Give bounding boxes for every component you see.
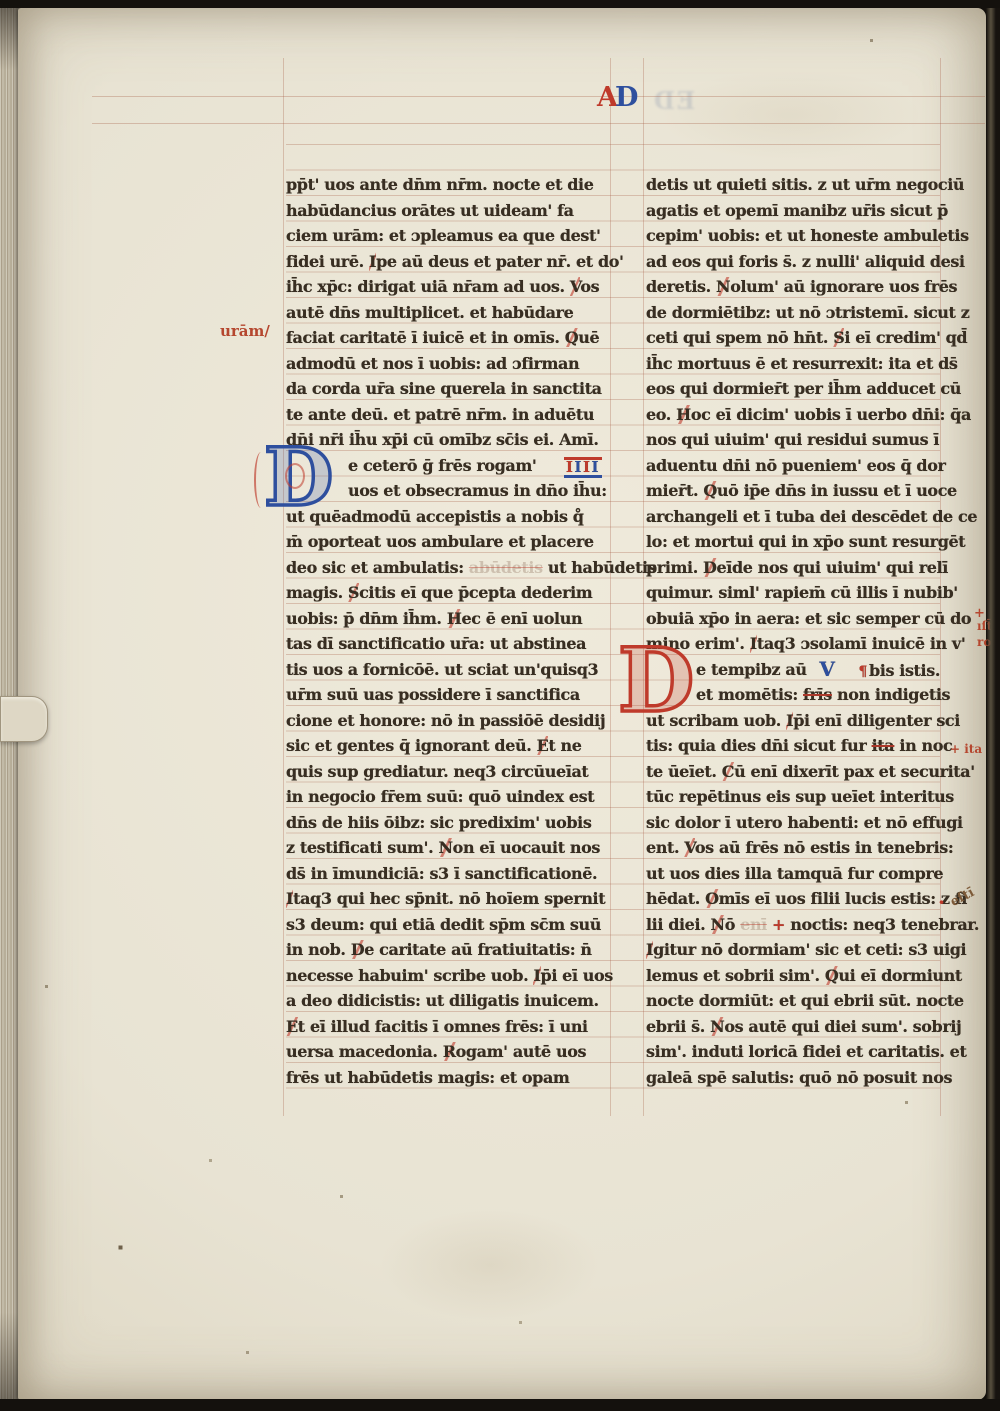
text-segment: deretis. (646, 277, 716, 296)
text-line: dn̄s de hiis ōibz: sic predixim' uobis (286, 810, 610, 836)
line-text: a deo didicistis: ut diligatis inuicem. (286, 991, 599, 1010)
chapter-numeral: IIII (564, 457, 602, 478)
text-segment: a deo didicistis: ut diligatis inuicem. (286, 991, 599, 1010)
text-segment: aduentu dn̄i nō pueniem' eos q̄ dor (646, 456, 946, 475)
text-segment: ui eī dormiunt (838, 966, 961, 985)
text-segment: tas dī sanctificatio ur̄a: ut abstinea (286, 634, 586, 653)
text-segment: ogam' autē uos (456, 1042, 586, 1061)
text-segment: lemus et sobrii sim'. (646, 966, 825, 985)
text-segment: taq3 qui hec sp̄nit. nō hoīem spernit (293, 889, 605, 908)
text-segment: e tempibz aū (696, 660, 807, 679)
text-line: ciem urām: et ɔpleamus ea que dest' (286, 223, 610, 249)
text-line: tas dī sanctificatio ur̄a: ut abstinea (286, 631, 610, 657)
text-line: nocte dormiūt: et qui ebrii sūt. nocte (646, 988, 940, 1014)
text-segment: D (703, 558, 716, 577)
text-segment: I (750, 634, 757, 653)
text-segment: sic dolor ī utero habenti: et nō effugi (646, 813, 963, 832)
photo-edge-top (0, 0, 1000, 8)
text-line: quimur. siml' rapiem̄ cū illis ī nubib' (646, 580, 940, 606)
text-segment: N (716, 277, 730, 296)
text-line: necesse habuim' scribe uob. Ip̄i eī uos (286, 963, 610, 989)
text-segment: ent. (646, 838, 684, 857)
text-segment: mier̄t. (646, 481, 703, 500)
text-segment: e ceterō ḡ frēs rogam' (348, 456, 536, 475)
text-segment: C (722, 762, 734, 781)
line-text: aduentu dn̄i nō pueniem' eos q̄ dor (646, 456, 946, 475)
text-segment: N (710, 1017, 724, 1036)
text-segment: t ne (548, 736, 581, 755)
text-line: hēdat. Omīs eī uos filii lucis estis: z … (646, 886, 940, 912)
text-segment: D (351, 940, 364, 959)
running-title: AD (597, 82, 635, 113)
running-title-letter-a: A (597, 82, 615, 113)
text-segment: cione et honore: nō in passiōē desidij (286, 711, 605, 730)
text-line: ad eos qui foris s̄. z nulli' aliquid de… (646, 249, 940, 275)
line-text: ih̄c xp̄c: dirigat uiā nr̄am ad uos. Vos (286, 277, 599, 296)
line-text: e tempibz aū (696, 657, 807, 683)
text-line: ceti qui spem nō hn̄t. Si eī credim' qd̄ (646, 325, 940, 351)
text-segment: nocte dormiūt: et qui ebrii sūt. nocte (646, 991, 964, 1010)
text-line: z testificati sum'. Non eī uocauit nos (286, 835, 610, 861)
line-text: necesse habuim' scribe uob. Ip̄i eī uos (286, 966, 613, 985)
line-text: ciem urām: et ɔpleamus ea que dest' (286, 226, 601, 245)
ruling-title-line-2 (92, 123, 985, 124)
text-segment: uos et obsecramus in dn̄o ih̄u: (348, 481, 607, 500)
line-text: quis sup grediatur. neq3 circūueīat (286, 762, 588, 781)
marginal-note: + ita (950, 742, 982, 756)
line-text: deretis. Nolum' aū ignorare uos frēs (646, 277, 957, 296)
line-text: frēs ut habūdetis magis: et opam (286, 1068, 569, 1087)
text-segment: de dormiētibz: ut nō ɔtristemī. sicut z (646, 303, 969, 322)
line-text: pp̄t' uos ante dn̄m nr̄m. nocte et die (286, 175, 594, 194)
text-segment: gitur nō dormiam' sic et ceti: s3 uigi (653, 940, 966, 959)
line-text: te ante deū. et patrē nr̄m. in aduētu (286, 405, 594, 424)
line-text: sic et gentes q̄ ignorant deū. Et ne (286, 736, 582, 755)
line-text: sic dolor ī utero habenti: et nō effugi (646, 813, 963, 832)
text-line: autē dn̄s multiplicet. et habūdare (286, 300, 610, 326)
line-text: agatis et opemī manibz ur̄is sicut p̄ (646, 201, 948, 220)
text-segment: abūdetis (469, 558, 543, 577)
text-segment: ad eos qui foris s̄. z nulli' aliquid de… (646, 252, 965, 271)
text-line: faciat caritatē ī iuicē et in omīs. Quē (286, 325, 610, 351)
text-line: eos qui dormier̄t per ih̄m adducet cū (646, 376, 940, 402)
text-segment: p̄i eī uos (541, 966, 613, 985)
text-segment: archangeli et ī tuba dei descēdet de ce (646, 507, 977, 526)
text-segment: N (438, 838, 452, 857)
line-text: ds̄ in īmundiciā: s3 ī sanctificationē. (286, 864, 597, 883)
text-segment: deo sic et ambulatis: (286, 558, 469, 577)
line-text: in nob. De caritate aū fratiuitatis: n̄ (286, 940, 592, 959)
line-right-group: V¶bis istis. (819, 657, 940, 686)
text-line: galeā spē salutis: quō nō posuit nos (646, 1065, 940, 1091)
line-text: primi. Deīde nos qui uiuim' qui relī (646, 558, 948, 577)
line-text: de dormiētibz: ut nō ɔtristemī. sicut z (646, 303, 969, 322)
text-segment: tis: quia dies dn̄i sicut fur (646, 736, 872, 755)
text-line: quis sup grediatur. neq3 circūueīat (286, 759, 610, 785)
line-text: Itaq3 qui hec sp̄nit. nō hoīem spernit (286, 889, 605, 908)
text-segment: pp̄t' uos ante dn̄m nr̄m. nocte et die (286, 175, 594, 194)
line-text: te ūeīet. Cū enī dixerīt pax et securita… (646, 762, 975, 781)
text-segment: quis sup grediatur. neq3 circūueīat (286, 762, 588, 781)
text-segment: os autē qui diei sum'. sobrij (724, 1017, 961, 1036)
text-segment: obuiā xp̄o in aera: et sic semper cū do (646, 609, 971, 628)
text-segment: S (833, 328, 844, 347)
line-text: galeā spē salutis: quō nō posuit nos (646, 1068, 952, 1087)
text-segment: cepim' uobis: et ut honeste ambuletis (646, 226, 969, 245)
manuscript-photo: ED AD pp̄t' uos ante dn̄m nr̄m. nocte et… (0, 0, 1000, 1411)
text-segment: on eī uocauit nos (453, 838, 600, 857)
text-line: ds̄ in īmundiciā: s3 ī sanctificationē. (286, 861, 610, 887)
text-segment: N (710, 915, 724, 934)
photo-edge-bottom (0, 1399, 1000, 1411)
text-segment: i eī credim' qd̄ (844, 328, 967, 347)
text-segment: O (705, 889, 719, 908)
text-line: da corda ur̄a sine querela in sanctita (286, 376, 610, 402)
text-line: tis: quia dies dn̄i sicut fur ita in noc (646, 733, 940, 759)
text-line: in negocio fr̄em suū: quō uindex est (286, 784, 610, 810)
text-segment: in nob. (286, 940, 351, 959)
text-line: admodū et nos ī uobis: ad ɔfirman (286, 351, 610, 377)
text-segment: te ante deū. et patrē nr̄m. in aduētu (286, 405, 594, 424)
text-segment: nos qui uiuim' qui residui sumus ī (646, 430, 939, 449)
text-line: primi. Deīde nos qui uiuim' qui relī (646, 555, 940, 581)
line-text: ih̄c mortuus ē et resurrexit: ita et ds̄ (646, 354, 958, 373)
photo-edge-right (986, 0, 1000, 1411)
text-line: ut uos dies illa tamquā fur compre (646, 861, 940, 887)
text-segment: I (574, 460, 583, 475)
text-segment: hēdat. (646, 889, 705, 908)
text-segment: s3 deum: qui etiā dedit sp̄m sc̄m suū (286, 915, 601, 934)
line-text: ur̄m suū uas possidere ī sanctifica (286, 685, 580, 704)
text-segment: I (533, 966, 540, 985)
line-text: z testificati sum'. Non eī uocauit nos (286, 838, 600, 857)
line-text: ent. Vos aū frēs nō estis in tenebris: (646, 838, 953, 857)
text-segment: os aū frēs nō estis in tenebris: (695, 838, 953, 857)
line-text: tis: quia dies dn̄i sicut fur ita in noc (646, 736, 952, 755)
text-line: m̄ oporteat uos ambulare et placere (286, 529, 610, 555)
text-segment: lo: et mortui qui in xp̄o sunt resurgēt (646, 532, 965, 551)
line-text: hēdat. Omīs eī uos filii lucis estis: z … (646, 889, 967, 908)
line-text: uobis: p̄ dn̄m ih̄m. Hec ē enī uolun (286, 609, 582, 628)
text-segment: pe aū deus et pater nr̄. et do' (376, 252, 623, 271)
text-segment: galeā spē salutis: quō nō posuit nos (646, 1068, 952, 1087)
illuminated-initial-red: D (618, 646, 694, 715)
text-segment: Q (703, 481, 717, 500)
text-segment: ceti qui spem nō hn̄t. (646, 328, 833, 347)
line-text: dn̄s de hiis ōibz: sic predixim' uobis (286, 813, 591, 832)
text-segment: I (369, 252, 376, 271)
line-text: fidei urē. Ipe aū deus et pater nr̄. et … (286, 252, 624, 271)
text-line: te ūeīet. Cū enī dixerīt pax et securita… (646, 759, 940, 785)
text-line: agatis et opemī manibz ur̄is sicut p̄ (646, 198, 940, 224)
text-segment: primi. (646, 558, 703, 577)
text-segment: et momētis: (696, 685, 803, 704)
text-segment: olum' aū ignorare uos frēs (730, 277, 957, 296)
line-text: magis. Scitis eī que p̄cepta dederim (286, 583, 592, 602)
column-1: pp̄t' uos ante dn̄m nr̄m. nocte et dieha… (286, 172, 610, 1090)
text-line: nos qui uiuim' qui residui sumus ī (646, 427, 940, 453)
text-segment: oc eī dicim' uobis ī uerbo dn̄i: q̄a (691, 405, 971, 424)
line-text: cepim' uobis: et ut honeste ambuletis (646, 226, 969, 245)
text-line: cione et honore: nō in passiōē desidij (286, 708, 610, 734)
text-line: lii diei. Nō enī + noctis: neq3 tenebrar… (646, 912, 940, 938)
text-segment: E (286, 1017, 298, 1036)
marginal-note: · (938, 890, 945, 914)
text-line: te ante deū. et patrē nr̄m. in aduētu (286, 402, 610, 428)
text-line: ih̄c mortuus ē et resurrexit: ita et ds̄ (646, 351, 940, 377)
text-segment: quimur. siml' rapiem̄ cū illis ī nubib' (646, 583, 958, 602)
text-segment: te ūeīet. (646, 762, 722, 781)
text-line: Et eī illud facitis ī omnes frēs: ī uni (286, 1014, 610, 1040)
line-text: eo. Hoc eī dicim' uobis ī uerbo dn̄i: q̄… (646, 405, 971, 424)
line-text: autē dn̄s multiplicet. et habūdare (286, 303, 573, 322)
line-text: obuiā xp̄o in aera: et sic semper cū do (646, 609, 971, 628)
text-segment: habūdancius orātes ut uideam' fa (286, 201, 574, 220)
text-line: uos et obsecramus in dn̄o ih̄u: (286, 478, 610, 504)
line-text: tas dī sanctificatio ur̄a: ut abstinea (286, 634, 586, 653)
text-line: eo. Hoc eī dicim' uobis ī uerbo dn̄i: q̄… (646, 402, 940, 428)
illuminated-initial-blue: D (264, 446, 333, 508)
text-segment: ec ē enī uolun (461, 609, 582, 628)
text-segment: non indigetis (832, 685, 950, 704)
marginal-note: urām/ (220, 322, 270, 340)
text-line: sic et gentes q̄ ignorant deū. Et ne (286, 733, 610, 759)
text-segment: bis istis. (869, 661, 940, 680)
text-segment: ō (725, 915, 740, 934)
text-segment: V (684, 838, 695, 857)
text-segment: ut habūdetis (543, 558, 657, 577)
text-line: Itaq3 qui hec sp̄nit. nō hoīem spernit (286, 886, 610, 912)
text-segment: ¶ (859, 664, 868, 680)
line-text: uos et obsecramus in dn̄o ih̄u: (348, 481, 607, 500)
line-text: eos qui dormier̄t per ih̄m adducet cū (646, 379, 961, 398)
text-segment: noctis: neq3 tenebrar. (785, 915, 979, 934)
text-segment: lii diei. (646, 915, 710, 934)
text-segment: mīs eī uos filii lucis estis: z fi (719, 889, 967, 908)
line-text: sim'. induti loricā fidei et caritatis. … (646, 1042, 966, 1061)
line-text: detis ut quieti sitis. z ut ur̄m negociū (646, 175, 964, 194)
text-segment: + (772, 915, 785, 934)
text-segment: R (443, 1042, 456, 1061)
text-segment: tis uos a fornicōē. ut sciat un'quisq3 (286, 660, 598, 679)
text-segment: eīde nos qui uiuim' qui relī (717, 558, 948, 577)
ruling-vertical-1 (283, 58, 284, 1116)
text-segment: ita (872, 736, 895, 755)
text-segment: m̄ oporteat uos ambulare et placere (286, 532, 594, 551)
line-text: lo: et mortui qui in xp̄o sunt resurgēt (646, 532, 965, 551)
text-segment: frīs (803, 685, 832, 704)
ruling-vertical-2 (610, 58, 611, 1116)
text-segment: ebrii s̄. (646, 1017, 710, 1036)
text-line: mier̄t. Quō ip̄e dn̄s in iussu et ī uoce (646, 478, 940, 504)
text-line: e ceterō ḡ frēs rogam'IIII (286, 453, 610, 479)
line-text: m̄ oporteat uos ambulare et placere (286, 532, 594, 551)
text-segment: necesse habuim' scribe uob. (286, 966, 533, 985)
text-line: in nob. De caritate aū fratiuitatis: n̄ (286, 937, 610, 963)
text-line: Igitur nō dormiam' sic et ceti: s3 uigi (646, 937, 940, 963)
parchment-stain (380, 1210, 600, 1320)
text-line: a deo didicistis: ut diligatis inuicem. (286, 988, 610, 1014)
line-text: ebrii s̄. Nos autē qui diei sum'. sobrij (646, 1017, 961, 1036)
text-line: uersa macedonia. Rogam' autē uos (286, 1039, 610, 1065)
text-segment: agatis et opemī manibz ur̄is sicut p̄ (646, 201, 948, 220)
text-segment: e caritate aū fratiuitatis: n̄ (364, 940, 591, 959)
text-line: deo sic et ambulatis: abūdetis ut habūde… (286, 555, 610, 581)
text-segment: Q (825, 966, 839, 985)
text-line: ih̄c xp̄c: dirigat uiā nr̄am ad uos. Vos (286, 274, 610, 300)
line-text: habūdancius orātes ut uideam' fa (286, 201, 574, 220)
text-segment: admodū et nos ī uobis: ad ɔfirman (286, 354, 579, 373)
text-segment: sic et gentes q̄ ignorant deū. (286, 736, 537, 755)
text-line: dn̄i nr̄i ih̄u xp̄i cū omībz sc̄is ei. A… (286, 427, 610, 453)
text-segment: citis eī que p̄cepta dederim (359, 583, 592, 602)
text-segment: ih̄c mortuus ē et resurrexit: ita et ds̄ (646, 354, 958, 373)
text-segment: ciem urām: et ɔpleamus ea que dest' (286, 226, 601, 245)
text-segment: H (676, 405, 691, 424)
text-line: ent. Vos aū frēs nō estis in tenebris: (646, 835, 940, 861)
line-text: e ceterō ḡ frēs rogam' (348, 453, 536, 479)
text-segment: taq3 ɔsolamī inuicē in v' (757, 634, 966, 653)
line-text: Igitur nō dormiam' sic et ceti: s3 uigi (646, 940, 966, 959)
line-text: admodū et nos ī uobis: ad ɔfirman (286, 354, 579, 373)
show-through-ghost: ED (652, 86, 695, 115)
text-segment: faciat caritatē ī iuicē et in omīs. (286, 328, 565, 347)
line-text: ceti qui spem nō hn̄t. Si eī credim' qd̄ (646, 328, 967, 347)
text-segment: ur̄m suū uas possidere ī sanctifica (286, 685, 580, 704)
text-line: de dormiētibz: ut nō ɔtristemī. sicut z (646, 300, 940, 326)
line-text: s3 deum: qui etiā dedit sp̄m sc̄m suū (286, 915, 601, 934)
text-segment: Q (565, 328, 579, 347)
text-line: pp̄t' uos ante dn̄m nr̄m. nocte et die (286, 172, 610, 198)
text-segment: eos qui dormier̄t per ih̄m adducet cū (646, 379, 961, 398)
line-text: faciat caritatē ī iuicē et in omīs. Quē (286, 328, 599, 347)
text-line: sic dolor ī utero habenti: et nō effugi (646, 810, 940, 836)
text-line: magis. Scitis eī que p̄cepta dederim (286, 580, 610, 606)
text-segment: uersa macedonia. (286, 1042, 443, 1061)
text-line: tis uos a fornicōē. ut sciat un'quisq3 (286, 657, 610, 683)
text-line: ut quēadmodū accepistis a nobis q̊ (286, 504, 610, 530)
text-segment: H (447, 609, 462, 628)
line-text: quimur. siml' rapiem̄ cū illis ī nubib' (646, 583, 958, 602)
text-line: ebrii s̄. Nos autē qui diei sum'. sobrij (646, 1014, 940, 1040)
line-text: ut uos dies illa tamquā fur compre (646, 864, 943, 883)
text-segment: S (348, 583, 359, 602)
text-segment: I (591, 460, 600, 475)
text-line: sim'. induti loricā fidei et caritatis. … (646, 1039, 940, 1065)
text-line: tūc repētinus eis sup ueīet interitus (646, 784, 940, 810)
text-segment: E (537, 736, 549, 755)
text-segment: ih̄c xp̄c: dirigat uiā nr̄am ad uos. (286, 277, 570, 296)
bookmark-tab (0, 696, 48, 742)
line-text: archangeli et ī tuba dei descēdet de ce (646, 507, 977, 526)
text-segment: frēs ut habūdetis magis: et opam (286, 1068, 569, 1087)
text-segment: enī (740, 915, 767, 934)
text-segment: da corda ur̄a sine querela in sanctita (286, 379, 602, 398)
text-line: frēs ut habūdetis magis: et opam (286, 1065, 610, 1091)
text-segment: uō ip̄e dn̄s in iussu et ī uoce (717, 481, 957, 500)
text-line: uobis: p̄ dn̄m ih̄m. Hec ē enī uolun (286, 606, 610, 632)
line-text: lemus et sobrii sim'. Qui eī dormiunt (646, 966, 962, 985)
text-segment: p̄i enī diligenter sci (793, 711, 960, 730)
line-text: tis uos a fornicōē. ut sciat un'quisq3 (286, 660, 598, 679)
text-line: fidei urē. Ipe aū deus et pater nr̄. et … (286, 249, 610, 275)
text-segment: z testificati sum'. (286, 838, 438, 857)
text-segment: detis ut quieti sitis. z ut ur̄m negociū (646, 175, 964, 194)
line-text: cione et honore: nō in passiōē desidij (286, 711, 605, 730)
text-segment: ds̄ in īmundiciā: s3 ī sanctificationē. (286, 864, 597, 883)
running-title-letter-d: D (615, 82, 635, 113)
text-segment: sim'. induti loricā fidei et caritatis. … (646, 1042, 966, 1061)
text-segment: ū enī dixerīt pax et securita' (734, 762, 975, 781)
text-segment: in negocio fr̄em suū: quō uindex est (286, 787, 594, 806)
text-segment: ut uos dies illa tamquā fur compre (646, 864, 943, 883)
line-text: et momētis: frīs non indigetis (696, 685, 950, 704)
text-line: archangeli et ī tuba dei descēdet de ce (646, 504, 940, 530)
line-text: deo sic et ambulatis: abūdetis ut habūde… (286, 558, 656, 577)
line-text: Et eī illud facitis ī omnes frēs: ī uni (286, 1017, 588, 1036)
ruling-vertical-3 (643, 58, 644, 1116)
text-segment: dn̄s de hiis ōibz: sic predixim' uobis (286, 813, 591, 832)
text-segment: fidei urē. (286, 252, 369, 271)
text-line: lo: et mortui qui in xp̄o sunt resurgēt (646, 529, 940, 555)
text-line: habūdancius orātes ut uideam' fa (286, 198, 610, 224)
line-text: in negocio fr̄em suū: quō uindex est (286, 787, 594, 806)
text-line: ur̄m suū uas possidere ī sanctifica (286, 682, 610, 708)
text-line: aduentu dn̄i nō pueniem' eos q̄ dor (646, 453, 940, 479)
line-text: uersa macedonia. Rogam' autē uos (286, 1042, 586, 1061)
text-segment: uobis: p̄ dn̄m ih̄m. (286, 609, 447, 628)
text-segment: t eī illud facitis ī omnes frēs: ī uni (298, 1017, 588, 1036)
text-segment: V (819, 657, 834, 681)
text-line: s3 deum: qui etiā dedit sp̄m sc̄m suū (286, 912, 610, 938)
line-text: nos qui uiuim' qui residui sumus ī (646, 430, 939, 449)
text-segment: V (570, 277, 581, 296)
line-text: tūc repētinus eis sup ueīet interitus (646, 787, 954, 806)
line-text: lii diei. Nō enī + noctis: neq3 tenebrar… (646, 915, 979, 934)
text-segment: eo. (646, 405, 676, 424)
text-line: lemus et sobrii sim'. Qui eī dormiunt (646, 963, 940, 989)
text-segment: autē dn̄s multiplicet. et habūdare (286, 303, 573, 322)
text-line: detis ut quieti sitis. z ut ur̄m negociū (646, 172, 940, 198)
ruling-title-line-1 (92, 96, 985, 97)
text-line: cepim' uobis: et ut honeste ambuletis (646, 223, 940, 249)
line-text: mier̄t. Quō ip̄e dn̄s in iussu et ī uoce (646, 481, 957, 500)
text-segment: in noc (894, 736, 952, 755)
text-line: deretis. Nolum' aū ignorare uos frēs (646, 274, 940, 300)
line-text: nocte dormiūt: et qui ebrii sūt. nocte (646, 991, 964, 1010)
text-segment: os (580, 277, 599, 296)
line-text: ad eos qui foris s̄. z nulli' aliquid de… (646, 252, 965, 271)
text-segment: tūc repētinus eis sup ueīet interitus (646, 787, 954, 806)
line-text: da corda ur̄a sine querela in sanctita (286, 379, 602, 398)
text-segment: magis. (286, 583, 348, 602)
text-segment: uē (578, 328, 599, 347)
